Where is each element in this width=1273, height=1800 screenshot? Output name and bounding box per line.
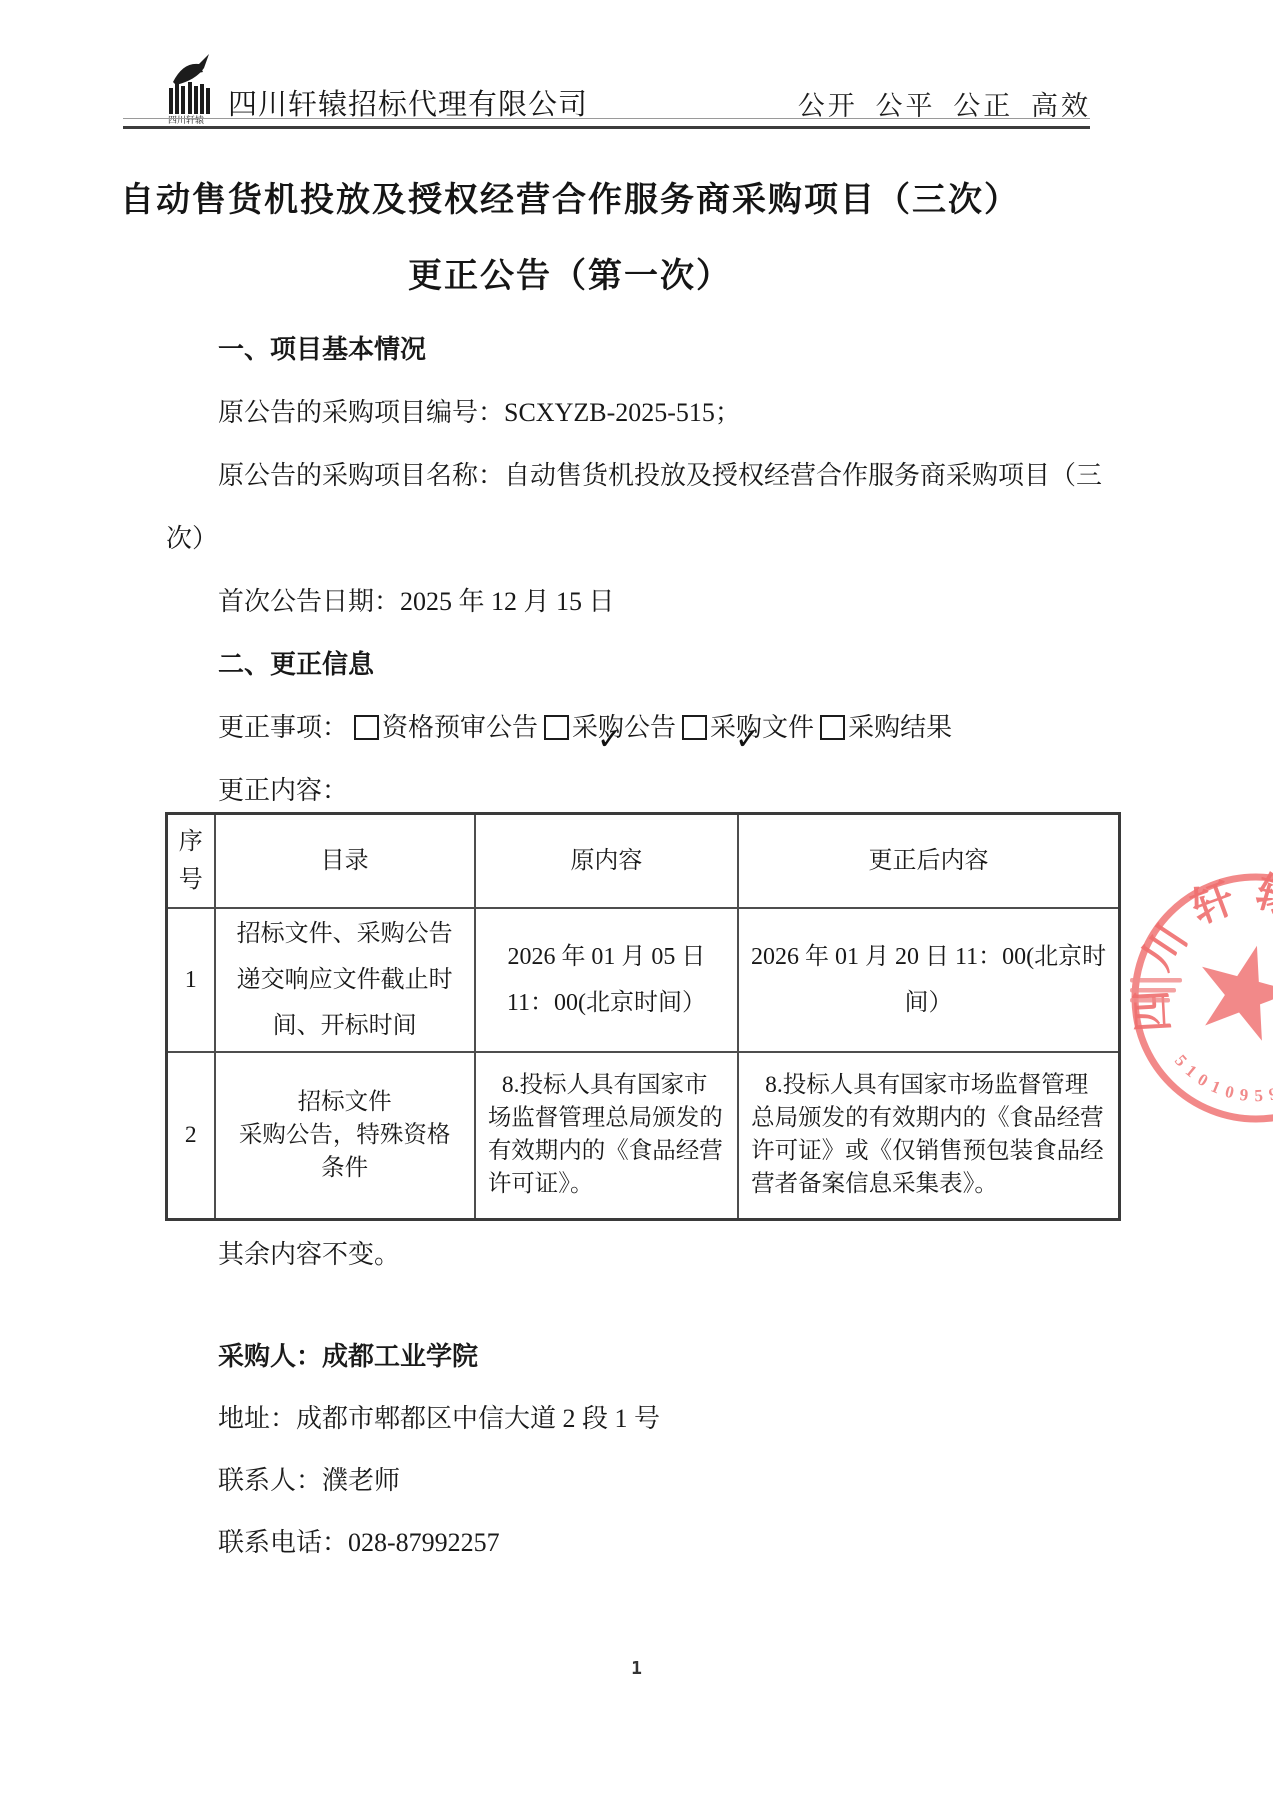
checkbox-label-prequalification: 资格预审公告 xyxy=(382,713,538,742)
address-line: 地址：成都市郫都区中信大道 2 段 1 号 xyxy=(166,1388,1090,1450)
project-name-line: 原公告的采购项目名称：自动售货机投放及授权经营合作服务商采购项目（三 xyxy=(166,444,1090,507)
company-name: 四川轩辕招标代理有限公司 xyxy=(228,82,588,123)
document-title-line1: 自动售货机投放及授权经营合作服务商采购项目（三次） xyxy=(120,172,1020,221)
page-number: 1 xyxy=(0,1658,1273,1679)
col-header-original: 原内容 xyxy=(475,814,738,908)
row1-catalog-line: 招标文件、采购公告 xyxy=(226,911,464,957)
section2-heading: 二、更正信息 xyxy=(166,633,1090,696)
row1-catalog-line: 递交响应文件截止时 xyxy=(226,957,464,1003)
document-page: 四川轩辕 四川轩辕招标代理有限公司 公开 公平 公正 高效 自动售货机投放及授权… xyxy=(0,0,1273,1800)
row1-no: 1 xyxy=(167,908,215,1052)
checkbox-procurement-announcement xyxy=(544,715,569,740)
row2-catalog-line: 采购公告，特殊资格 xyxy=(226,1119,464,1152)
phone-line: 联系电话：028-87992257 xyxy=(166,1512,1090,1574)
table-row: 1 招标文件、采购公告 递交响应文件截止时 间、开标时间 2026 年 01 月… xyxy=(167,908,1120,1052)
row1-catalog-line: 间、开标时间 xyxy=(226,1003,464,1049)
contact-block: 采购人：成都工业学院 地址：成都市郫都区中信大道 2 段 1 号 联系人：濮老师… xyxy=(166,1326,1090,1574)
project-name-wrap: 次） xyxy=(166,507,1090,570)
closing-line: 其余内容不变。 xyxy=(166,1233,1090,1277)
row2-original: 8.投标人具有国家市场监督管理总局颁发的有效期内的《食品经营许可证》。 xyxy=(475,1052,738,1220)
checkbox-procurement-result xyxy=(820,715,845,740)
row1-corrected: 2026 年 01 月 20 日 11：00(北京时间） xyxy=(738,908,1119,1052)
row2-catalog: 招标文件 采购公告，特殊资格 条件 xyxy=(215,1052,475,1220)
first-announce-date-line: 首次公告日期：2025 年 12 月 15 日 xyxy=(166,570,1090,633)
contact-person-line: 联系人：濮老师 xyxy=(166,1450,1090,1512)
col-header-corrected: 更正后内容 xyxy=(738,814,1119,908)
row2-no: 2 xyxy=(167,1052,215,1220)
row2-corrected: 8.投标人具有国家市场监督管理总局颁发的有效期内的《食品经营许可证》或《仅销售预… xyxy=(738,1052,1119,1220)
checkbox-label-procurement-result: 采购结果 xyxy=(848,713,952,742)
company-logo-icon: 四川轩辕 xyxy=(163,52,221,126)
checkbox-prequalification xyxy=(354,715,379,740)
document-title-line2: 更正公告（第一次） xyxy=(120,248,1020,297)
company-seal-stamp: 四川轩辕招标 5101095919 xyxy=(1118,860,1273,1150)
col-header-no: 序号 xyxy=(167,814,215,908)
project-number-line: 原公告的采购项目编号：SCXYZB-2025-515； xyxy=(166,381,1090,444)
body-text: 一、项目基本情况 原公告的采购项目编号：SCXYZB-2025-515； 原公告… xyxy=(166,318,1090,822)
table-header-row: 序号 目录 原内容 更正后内容 xyxy=(167,814,1120,908)
seal-star xyxy=(1188,933,1273,1045)
correction-items-label: 更正事项： xyxy=(218,713,348,742)
col-header-catalog: 目录 xyxy=(215,814,475,908)
row1-original: 2026 年 01 月 05 日 11：00(北京时间） xyxy=(475,908,738,1052)
row2-catalog-line: 条件 xyxy=(226,1152,464,1185)
checkbox-procurement-document xyxy=(682,715,707,740)
letterhead: 四川轩辕 四川轩辕招标代理有限公司 公开 公平 公正 高效 xyxy=(0,0,1273,130)
correction-table: 序号 目录 原内容 更正后内容 1 招标文件、采购公告 递交响应文件截止时 间、… xyxy=(165,812,1121,1221)
row2-catalog-line: 招标文件 xyxy=(226,1086,464,1119)
row1-catalog: 招标文件、采购公告 递交响应文件截止时 间、开标时间 xyxy=(215,908,475,1052)
table-row: 2 招标文件 采购公告，特殊资格 条件 8.投标人具有国家市场监督管理总局颁发的… xyxy=(167,1052,1120,1220)
header-rule xyxy=(123,118,1090,129)
buyer-line: 采购人：成都工业学院 xyxy=(166,1326,1090,1388)
correction-items-line: 更正事项：资格预审公告采购公告采购文件采购结果 xyxy=(166,696,1090,759)
section1-heading: 一、项目基本情况 xyxy=(166,318,1090,381)
